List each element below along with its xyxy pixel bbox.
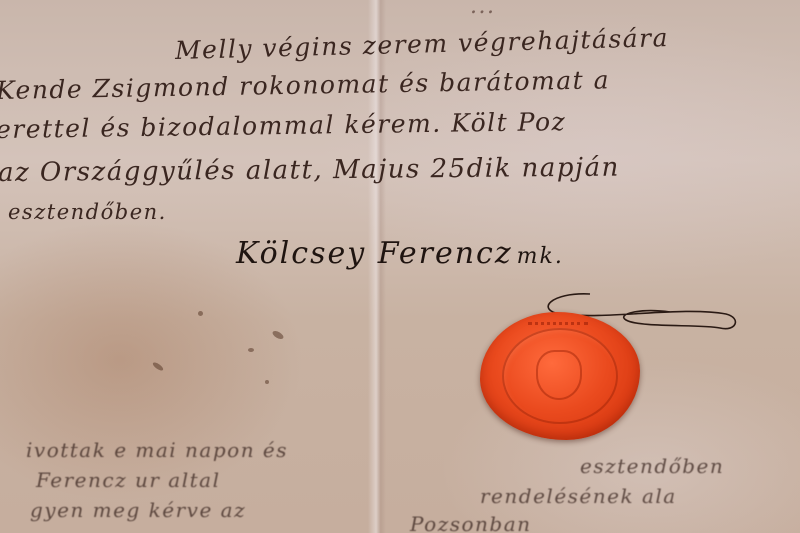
ink-stain: [265, 380, 269, 384]
manuscript-line-4: az Országgyűlés alatt, Majus 25dik napjá…: [0, 153, 620, 188]
ink-stain: [248, 348, 254, 352]
manuscript-bottom-line-1: ivottak e mai napon és: [26, 438, 288, 462]
signature-suffix: mk.: [517, 244, 564, 269]
manuscript-bottom-right-3: Pozsonban: [410, 512, 532, 533]
signature: Kölcsey Ferenczmk.: [236, 236, 564, 271]
manuscript-bottom-right-2: rendelésének ala: [480, 484, 677, 508]
crown-icon: [528, 322, 588, 339]
manuscript-line-5: esztendőben.: [8, 200, 167, 224]
signature-name: Kölcsey Ferencz: [236, 236, 513, 271]
manuscript-bottom-line-2: Ferencz ur altal: [36, 468, 220, 492]
manuscript-bottom-line-3: gyen meg kérve az: [30, 498, 246, 522]
coat-of-arms-icon: [536, 350, 582, 400]
manuscript-bottom-right-1: esztendőben: [580, 454, 724, 478]
wax-seal: [480, 312, 640, 440]
manuscript-line-top: ...: [470, 0, 495, 19]
ink-stain: [198, 311, 203, 316]
